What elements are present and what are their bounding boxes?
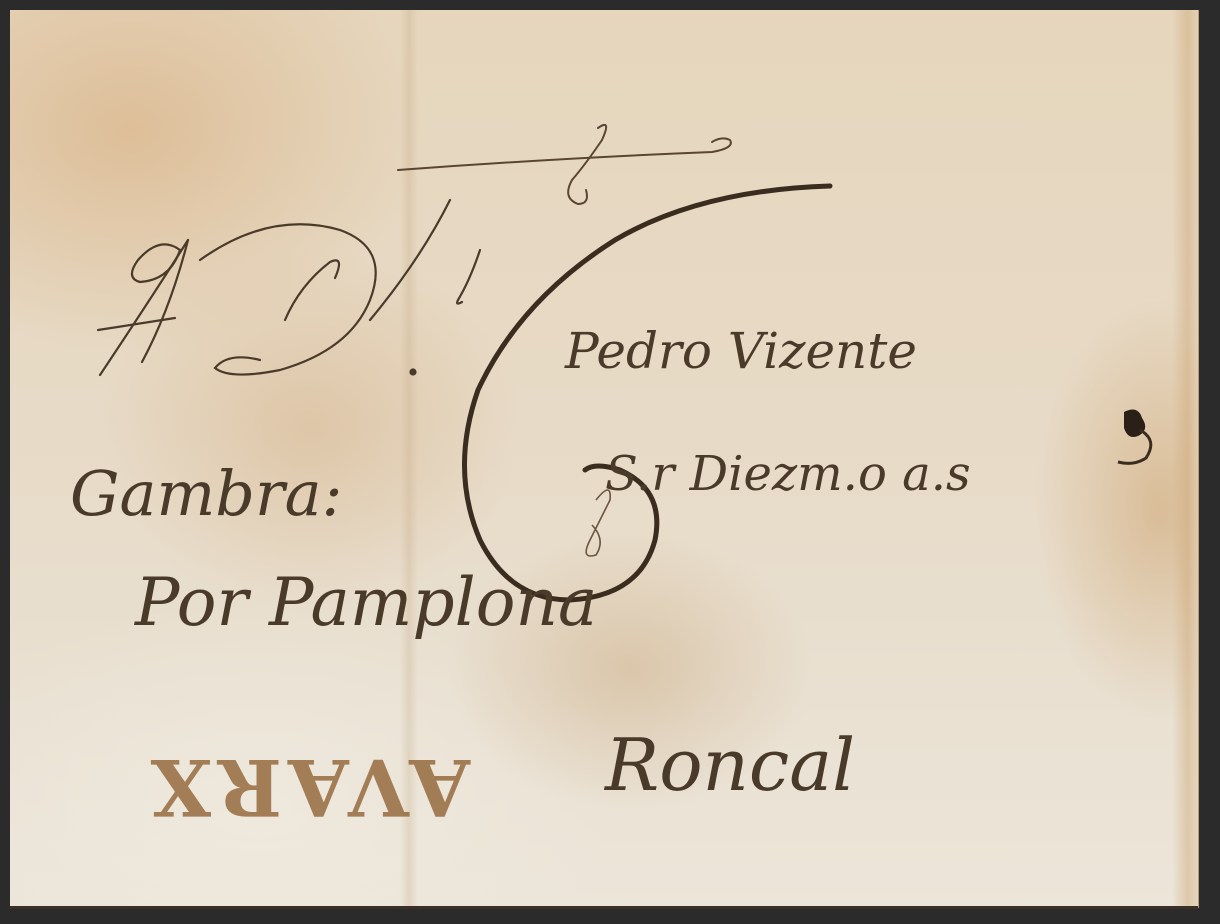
recipient-name-text: Pedro Vizente bbox=[564, 322, 917, 380]
postmark-stamp-text: AVARX bbox=[145, 741, 471, 832]
line2-right-text: S.r Diezm.o a.s bbox=[605, 446, 971, 502]
line2-left-strokes: Gambra: bbox=[70, 457, 342, 530]
handwriting-layer: Pedro Vizente Gambra: S.r Diezm.o a.s Po… bbox=[0, 0, 1220, 924]
rate-mark-large-6 bbox=[464, 186, 830, 600]
line3-text: Por Pamplona bbox=[134, 564, 597, 641]
ink-blot bbox=[1118, 410, 1151, 464]
line3-strokes: Por Pamplona bbox=[134, 564, 597, 641]
salutation-strokes bbox=[98, 200, 480, 375]
destination-text: Roncal bbox=[603, 723, 855, 807]
line2-right-strokes: S.r Diezm.o a.s bbox=[605, 446, 971, 502]
rate-mark-top bbox=[398, 125, 731, 204]
line2-left-text: Gambra: bbox=[70, 457, 342, 530]
destination-strokes: Roncal bbox=[603, 723, 855, 807]
recipient-strokes: Pedro Vizente bbox=[564, 322, 917, 380]
postmark: AVARX bbox=[145, 741, 471, 832]
